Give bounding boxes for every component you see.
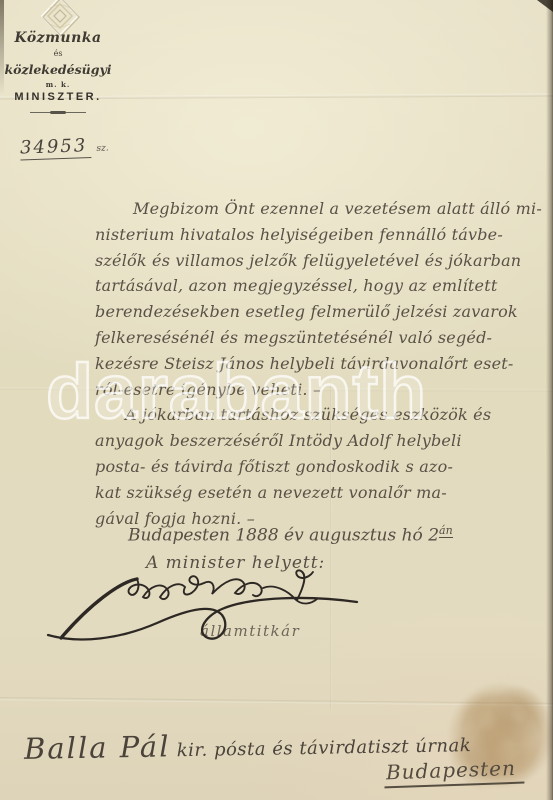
scanned-letter-page: Közmunka és közlekedésügyi m. k. MINISZT…: [0, 0, 553, 800]
page-edge-shadow-left: [0, 0, 4, 95]
letterhead-line-es: és: [4, 49, 112, 58]
letterhead-divider: [30, 112, 86, 113]
body-line: kat szükség esetén a nevezett vonalőr ma…: [95, 480, 552, 506]
body-line: nisterium hivatalos helyiségeiben fennál…: [95, 222, 552, 248]
ministry-letterhead: Közmunka és közlekedésügyi m. k. MINISZT…: [4, 30, 112, 113]
letterhead-line-kozlekedesugyi: közlekedésügyi: [4, 62, 112, 77]
reference-number-suffix: sz.: [96, 143, 109, 153]
body-line: A jókarban tartáshoz szükséges eszközök …: [95, 402, 552, 428]
body-line: felkeresésénél és megszüntetésénél való …: [95, 325, 552, 351]
body-line: posta- és távirda főtiszt gondoskodik s …: [95, 454, 552, 480]
letterhead-line-miniszter: MINISZTER.: [4, 91, 112, 103]
date-ordinal-superscript: án: [439, 524, 453, 538]
letterhead-line-kozmunka: Közmunka: [4, 30, 112, 46]
letterhead-line-mk: m. k.: [4, 80, 112, 89]
body-line: berendezésekben esetleg felmerülő jelzés…: [95, 299, 552, 325]
body-line: ről-esetre igénybe veheti. –: [95, 377, 552, 403]
reference-number-value: 34953: [20, 135, 92, 160]
page-edge-shadow-right: [546, 0, 553, 800]
letter-body: Megbizom Önt ezennel a vezetésem alatt á…: [95, 196, 552, 531]
body-line: tartásával, azon megjegyzéssel, hogy az …: [95, 273, 552, 299]
date-text: Budapesten 1888 év augusztus hó 2: [128, 526, 439, 546]
date-line: Budapesten 1888 év augusztus hó 2án: [128, 524, 453, 546]
body-line: Megbizom Önt ezennel a vezetésem alatt á…: [95, 196, 552, 222]
recipient-city: Budapesten: [384, 756, 525, 789]
body-line: szélők és villamos jelzők felügyeletével…: [95, 248, 552, 274]
body-line: anyagok beszerzéséről Intödy Adolf helyb…: [95, 428, 552, 454]
signature: [45, 566, 365, 646]
recipient-title: kir. pósta és távirdatiszt úrnak: [170, 735, 471, 761]
recipient-name: Balla Pál: [24, 729, 171, 766]
body-line: kezésre Steisz János helybeli távirdavon…: [95, 351, 552, 377]
reference-number: 34953 sz.: [20, 134, 109, 158]
